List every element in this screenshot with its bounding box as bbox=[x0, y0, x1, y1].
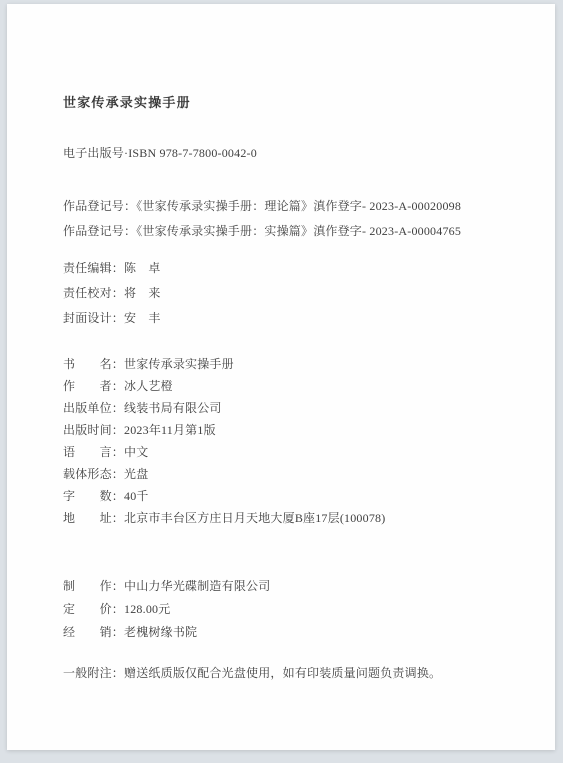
registration-line: 作品登记号：《世家传承录实操手册：理论篇》滇作登字- 2023-A-000200… bbox=[63, 194, 527, 219]
row-label: 封面设计： bbox=[63, 311, 124, 325]
row-value: 安 丰 bbox=[124, 311, 161, 325]
registration-block: 作品登记号：《世家传承录实操手册：理论篇》滇作登字- 2023-A-000200… bbox=[63, 194, 527, 244]
row-value: 中山力华光碟制造有限公司 bbox=[124, 579, 270, 593]
isbn-line: 电子出版号·ISBN 978-7-7800-0042-0 bbox=[63, 146, 527, 160]
row-value: 北京市丰台区方庄日月天地大厦B座17层(100078) bbox=[124, 511, 385, 525]
staff-row-editor: 责任编辑：陈 卓 bbox=[63, 256, 527, 281]
row-value: 128.00元 bbox=[124, 602, 170, 616]
info-row-author: 作 者：冰人艺橙 bbox=[63, 375, 527, 397]
production-row-price: 定 价：128.00元 bbox=[63, 598, 527, 621]
row-value: 赠送纸质版仅配合光盘使用，如有印装质量问题负责调换。 bbox=[124, 666, 441, 680]
production-row-manufacturer: 制 作：中山力华光碟制造有限公司 bbox=[63, 575, 527, 598]
book-title: 世家传承录实操手册 bbox=[63, 96, 527, 110]
info-row-media-format: 载体形态：光盘 bbox=[63, 463, 527, 485]
row-label: 作 者： bbox=[63, 379, 124, 393]
row-label: 一般附注： bbox=[63, 666, 124, 680]
row-value: 将 来 bbox=[124, 286, 161, 300]
row-label: 责任校对： bbox=[63, 286, 124, 300]
row-label: 制 作： bbox=[63, 579, 124, 593]
book-info-block: 书 名：世家传承录实操手册 作 者：冰人艺橙 出版单位：线装书局有限公司 出版时… bbox=[63, 353, 527, 529]
row-label: 字 数： bbox=[63, 489, 124, 503]
info-row-publish-date: 出版时间：2023年11月第1版 bbox=[63, 419, 527, 441]
registration-line: 作品登记号：《世家传承录实操手册：实操篇》滇作登字- 2023-A-000047… bbox=[63, 219, 527, 244]
row-label: 出版时间： bbox=[63, 423, 124, 437]
staff-block: 责任编辑：陈 卓 责任校对：将 来 封面设计：安 丰 bbox=[63, 256, 527, 331]
row-label: 责任编辑： bbox=[63, 261, 124, 275]
info-row-word-count: 字 数：40千 bbox=[63, 485, 527, 507]
row-label: 地 址： bbox=[63, 511, 124, 525]
book-colophon-page: 世家传承录实操手册 电子出版号·ISBN 978-7-7800-0042-0 作… bbox=[7, 4, 555, 750]
row-value: 冰人艺橙 bbox=[124, 379, 173, 393]
row-value: 世家传承录实操手册 bbox=[124, 357, 234, 371]
row-label: 定 价： bbox=[63, 602, 124, 616]
info-row-language: 语 言：中文 bbox=[63, 441, 527, 463]
staff-row-proofreader: 责任校对：将 来 bbox=[63, 281, 527, 306]
info-row-book-name: 书 名：世家传承录实操手册 bbox=[63, 353, 527, 375]
row-label: 书 名： bbox=[63, 357, 124, 371]
row-label: 载体形态： bbox=[63, 467, 124, 481]
row-value: 40千 bbox=[124, 489, 149, 503]
row-value: 中文 bbox=[124, 445, 148, 459]
production-row-distributor: 经 销：老槐树缘书院 bbox=[63, 621, 527, 644]
row-label: 出版单位： bbox=[63, 401, 124, 415]
row-value: 线装书局有限公司 bbox=[124, 401, 222, 415]
production-block: 制 作：中山力华光碟制造有限公司 定 价：128.00元 经 销：老槐树缘书院 bbox=[63, 575, 527, 644]
row-value: 陈 卓 bbox=[124, 261, 161, 275]
row-value: 老槐树缘书院 bbox=[124, 625, 197, 639]
row-value: 2023年11月第1版 bbox=[124, 423, 216, 437]
info-row-address: 地 址：北京市丰台区方庄日月天地大厦B座17层(100078) bbox=[63, 507, 527, 529]
colophon-content: 世家传承录实操手册 电子出版号·ISBN 978-7-7800-0042-0 作… bbox=[7, 4, 555, 680]
staff-row-cover-designer: 封面设计：安 丰 bbox=[63, 306, 527, 331]
general-note: 一般附注：赠送纸质版仅配合光盘使用，如有印装质量问题负责调换。 bbox=[63, 666, 527, 680]
row-label: 语 言： bbox=[63, 445, 124, 459]
info-row-publisher: 出版单位：线装书局有限公司 bbox=[63, 397, 527, 419]
row-label: 经 销： bbox=[63, 625, 124, 639]
row-value: 光盘 bbox=[124, 467, 148, 481]
